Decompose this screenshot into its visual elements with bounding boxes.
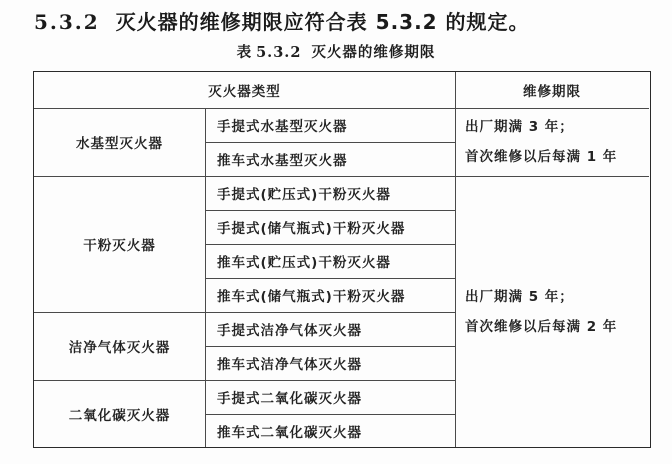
period-line: 出厂期满 3 年； <box>465 112 574 142</box>
item-cell: 手提式水基型灭火器 <box>205 108 455 142</box>
caption-title: 灭火器的维修期限 <box>311 45 435 61</box>
clause-number: 5.3.2 <box>34 10 100 34</box>
item-cell: 推车式(贮压式)干粉灭火器 <box>205 244 455 278</box>
clause-text: 灭火器的维修期限应符合表 5.3.2 的规定。 <box>116 10 530 34</box>
item-cell: 推车式洁净气体灭火器 <box>205 346 455 380</box>
period-line: 出厂期满 5 年； <box>465 282 574 312</box>
period-others: 出厂期满 5 年； 首次维修以后每满 2 年 <box>455 176 649 447</box>
caption-number: 5.3.2 <box>256 44 301 61</box>
maintenance-period-table: 灭火器类型 维修期限 水基型灭火器 干粉灭火器 洁净气体灭火器 二氧化碳灭火器 … <box>33 71 651 448</box>
header-type: 灭火器类型 <box>34 72 455 108</box>
item-cell: 手提式(储气瓶式)干粉灭火器 <box>205 210 455 244</box>
item-cell: 手提式洁净气体灭火器 <box>205 312 455 346</box>
category-clean-agent: 洁净气体灭火器 <box>34 312 205 380</box>
period-water: 出厂期满 3 年； 首次维修以后每满 1 年 <box>455 108 649 176</box>
table-caption: 表5.3.2灭火器的维修期限 <box>0 41 672 62</box>
category-co2: 二氧化碳灭火器 <box>34 380 205 447</box>
item-cell: 推车式水基型灭火器 <box>205 142 455 176</box>
period-line: 首次维修以后每满 2 年 <box>465 312 617 342</box>
item-cell: 手提式(贮压式)干粉灭火器 <box>205 176 455 210</box>
category-powder: 干粉灭火器 <box>34 176 205 312</box>
item-cell: 手提式二氧化碳灭火器 <box>205 380 455 414</box>
category-water: 水基型灭火器 <box>34 108 205 176</box>
clause-heading: 5.3.2灭火器的维修期限应符合表 5.3.2 的规定。 <box>34 6 530 35</box>
item-cell: 推车式(储气瓶式)干粉灭火器 <box>205 278 455 312</box>
item-cell: 推车式二氧化碳灭火器 <box>205 414 455 447</box>
header-period: 维修期限 <box>455 72 649 108</box>
caption-prefix: 表 <box>237 45 253 61</box>
period-line: 首次维修以后每满 1 年 <box>465 142 617 172</box>
